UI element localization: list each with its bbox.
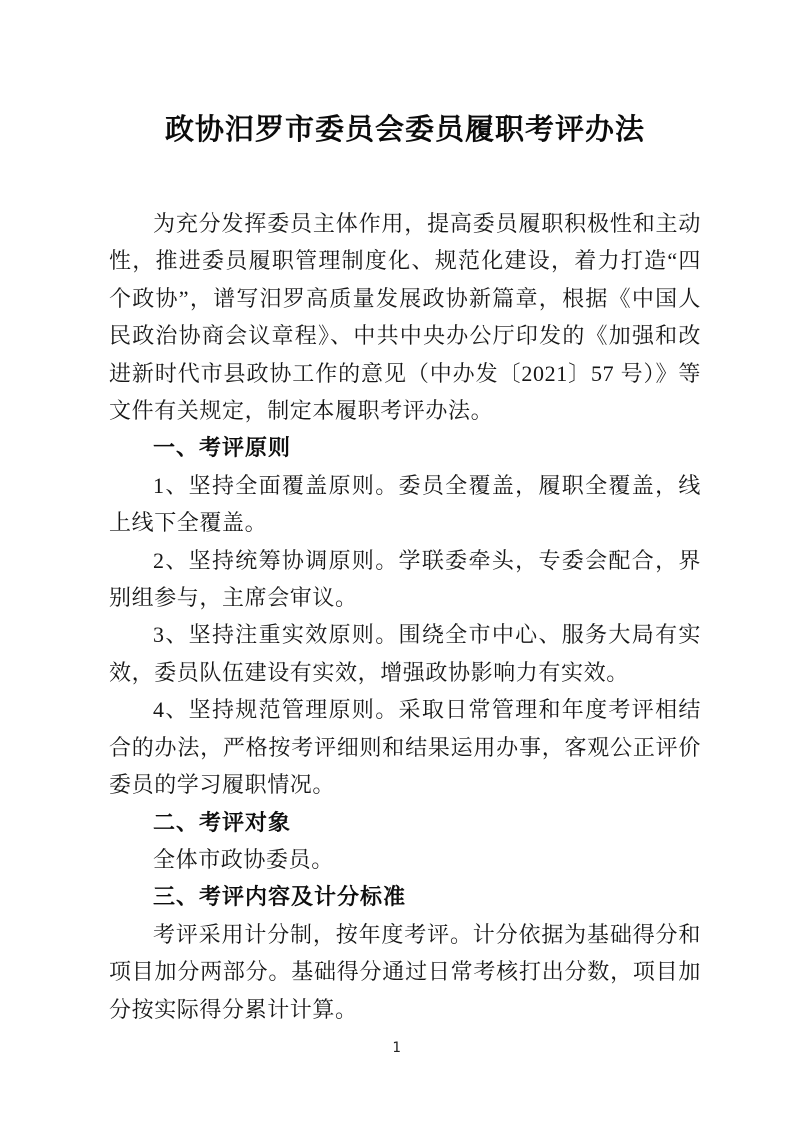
section-heading-1: 一、考评原则 xyxy=(109,429,701,466)
document-body: 为充分发挥委员主体作用，提高委员履职积极性和主动性，推进委员履职管理制度化、规范… xyxy=(109,205,701,1028)
paragraph-principle-1: 1、坚持全面覆盖原则。委员全覆盖，履职全覆盖，线上线下全覆盖。 xyxy=(109,467,701,542)
paragraph-scoring: 考评采用计分制，按年度考评。计分依据为基础得分和项目加分两部分。基础得分通过日常… xyxy=(109,916,701,1028)
paragraph-principle-2: 2、坚持统筹协调原则。学联委牵头，专委会配合，界别组参与，主席会审议。 xyxy=(109,542,701,617)
paragraph-principle-4: 4、坚持规范管理原则。采取日常管理和年度考评相结合的办法，严格按考评细则和结果运… xyxy=(109,691,701,803)
paragraph-intro: 为充分发挥委员主体作用，提高委员履职积极性和主动性，推进委员履职管理制度化、规范… xyxy=(109,205,701,429)
page-number: 1 xyxy=(0,1040,793,1056)
section-heading-2: 二、考评对象 xyxy=(109,804,701,841)
document-page: 政协汨罗市委员会委员履职考评办法 为充分发挥委员主体作用，提高委员履职积极性和主… xyxy=(0,0,793,1122)
section-heading-3: 三、考评内容及计分标准 xyxy=(109,878,701,915)
document-content: 政协汨罗市委员会委员履职考评办法 为充分发挥委员主体作用，提高委员履职积极性和主… xyxy=(109,0,701,1028)
document-title: 政协汨罗市委员会委员履职考评办法 xyxy=(109,110,701,150)
paragraph-target: 全体市政协委员。 xyxy=(109,841,701,878)
paragraph-principle-3: 3、坚持注重实效原则。围绕全市中心、服务大局有实效，委员队伍建设有实效，增强政协… xyxy=(109,616,701,691)
